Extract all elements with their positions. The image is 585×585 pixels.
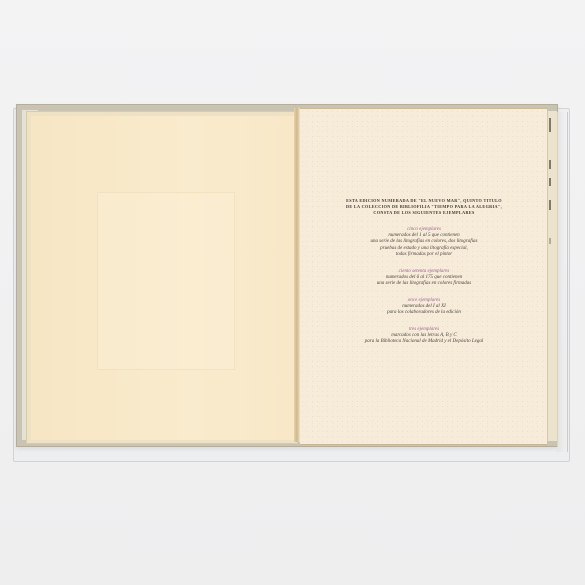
colophon-text: Esta edicion numerada de "El nuevo mar",… xyxy=(318,198,530,346)
section-line: para los colaboradores de la edición xyxy=(318,310,530,317)
section-heading: cinco ejemplares xyxy=(318,226,530,233)
section-heading: ciento setenta ejemplares xyxy=(318,268,530,275)
page-tab-mark xyxy=(549,178,551,186)
page-tab-mark xyxy=(549,238,551,244)
page-tab-mark xyxy=(549,200,551,210)
section-heading: tres ejemplares xyxy=(318,326,530,333)
section-line: todas firmadas por el pintor xyxy=(318,252,530,259)
sleeve-right-edge xyxy=(557,112,568,452)
colophon-intro-line: consta de los siguientes ejemplares xyxy=(318,210,530,216)
page-tab-mark xyxy=(549,118,551,132)
plate-impression-mark xyxy=(97,192,235,370)
section-line: para la Biblioteca Nacional de Madrid y … xyxy=(318,339,530,346)
section-line: una serie de las litografías en colores … xyxy=(318,281,530,288)
page-tab-mark xyxy=(549,160,551,169)
section-heading: once ejemplares xyxy=(318,297,530,304)
